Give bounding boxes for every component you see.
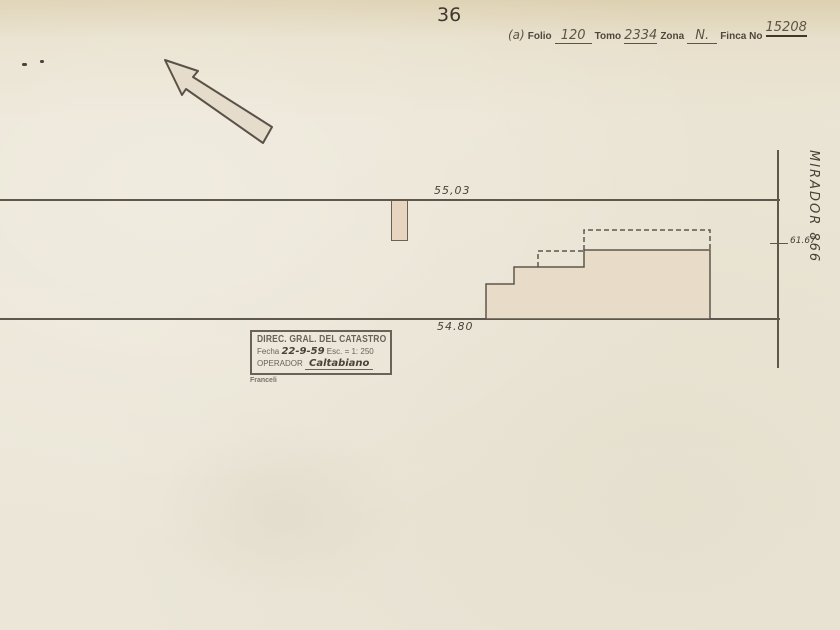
stamp-escala: Esc. = 1: 250 [327, 347, 374, 356]
north-arrow-icon [160, 55, 280, 150]
zona-label: Zona [660, 31, 684, 42]
tomo-value: 2334 [624, 28, 657, 44]
stamp-date-row: Fecha 22-9-59 Esc. = 1: 250 [257, 346, 385, 357]
stamp-operator-row: OPERADOR Caltabiano [257, 358, 385, 369]
street-label: MIRADOR 866 [806, 150, 821, 320]
tomo-label: Tomo [595, 31, 621, 42]
stamp-fecha-value: 22-9-59 [281, 346, 324, 357]
ink-mark [22, 63, 27, 66]
top-dimension: 55,03 [434, 184, 471, 197]
bottom-dimension: 54.80 [437, 320, 474, 333]
ink-mark [40, 60, 44, 63]
finca-label: Finca No [720, 31, 762, 42]
zona-value: N. [687, 28, 717, 44]
watermark-stain [150, 420, 410, 600]
stamp-title: DIREC. GRAL. DEL CATASTRO [257, 334, 366, 345]
registry-header: (a) Folio 120 Tomo 2334 Zona N. Finca No… [508, 28, 807, 43]
lot-top-boundary [0, 199, 780, 201]
folio-label: Folio [528, 31, 552, 42]
stamp-printer: Franceli [250, 377, 277, 384]
finca-value: 15208 [766, 20, 807, 37]
header-prefix: (a) [508, 28, 525, 42]
street-frontage-line [777, 150, 779, 368]
building-footprint [480, 225, 715, 321]
stamp-fecha-label: Fecha [257, 347, 279, 356]
dimension-tick [770, 243, 788, 244]
plot-marker [391, 201, 408, 241]
page-number: 36 [437, 4, 461, 26]
cadastre-stamp: DIREC. GRAL. DEL CATASTRO Fecha 22-9-59 … [250, 330, 392, 375]
document-page: 36 (a) Folio 120 Tomo 2334 Zona N. Finca… [0, 0, 840, 630]
stamp-operador-value: Caltabiano [305, 358, 373, 370]
stamp-operador-label: OPERADOR [257, 359, 303, 368]
folio-value: 120 [555, 28, 592, 44]
